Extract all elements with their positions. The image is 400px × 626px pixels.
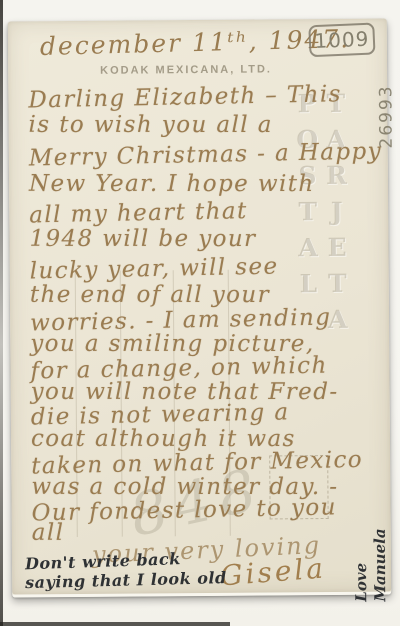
letter-line: New Year. I hope with [29,171,379,197]
scan-edge-bottom [0,622,230,626]
letter-line: 1948 will be your [29,226,379,252]
postcard-back: december 11ᵗʰ, 1947. KODAK MEXICANA, LTD… [8,19,392,598]
letter-line: is to wish you all a [29,112,379,138]
vertical-side-note: Love Manuela [351,487,390,602]
scanned-postcard-image: december 11ᵗʰ, 1947. KODAK MEXICANA, LTD… [0,0,400,626]
pencil-catalog-number-boxed: 1009 [308,22,375,57]
side-note-line: Manuela [370,487,390,602]
postscript-line: saying that I look old [25,568,227,592]
date-line: december 11ᵗʰ, 1947. [40,24,351,61]
kodak-imprint: KODAK MEXICANA, LTD. [100,63,272,76]
scan-edge-left [0,0,3,626]
signature: Gisela [219,551,327,592]
side-note-line: Love [351,487,371,602]
